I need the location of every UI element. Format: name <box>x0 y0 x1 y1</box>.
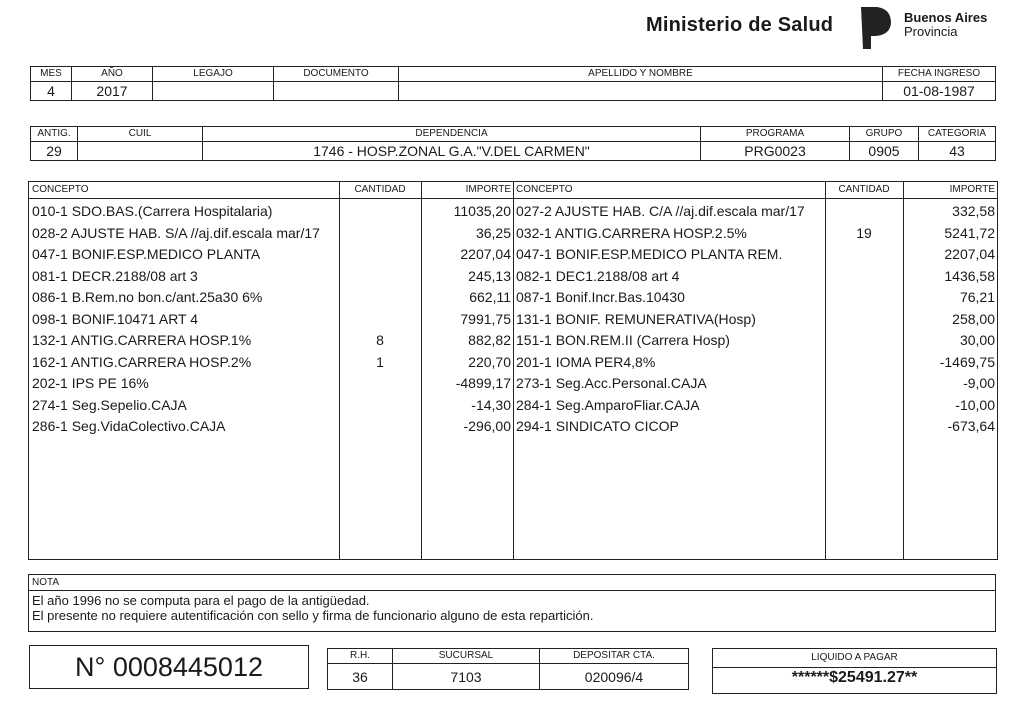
concept-amount: 258,00 <box>903 309 995 331</box>
net-pay-label: LIQUIDO A PAGAR <box>713 649 996 668</box>
header-importe-left: IMPORTE <box>421 184 511 195</box>
concept-name: 032-1 ANTIG.CARRERA HOSP.2.5% <box>516 223 747 245</box>
value-cuenta: 020096/4 <box>540 664 689 690</box>
concept-name: 086-1 B.Rem.no bon.c/ant.25a30 6% <box>32 287 262 309</box>
label-anio: AÑO <box>72 67 153 82</box>
concept-amount: -673,64 <box>903 416 995 438</box>
concept-name: 087-1 Bonif.Incr.Bas.10430 <box>516 287 685 309</box>
concept-row: 201-1 IOMA PER4,8%-1469,75 <box>513 352 997 374</box>
nota-box: NOTA El año 1996 no se computa para el p… <box>28 574 996 632</box>
concept-name: 273-1 Seg.Acc.Personal.CAJA <box>516 373 707 395</box>
concept-row: 098-1 BONIF.10471 ART 47991,75 <box>29 309 513 331</box>
concept-name: 047-1 BONIF.ESP.MEDICO PLANTA REM. <box>516 244 782 266</box>
concept-amount: -9,00 <box>903 373 995 395</box>
concept-name: 098-1 BONIF.10471 ART 4 <box>32 309 198 331</box>
concept-amount: 662,11 <box>421 287 511 309</box>
province-subtitle: Provincia <box>904 25 957 39</box>
concept-quantity: 1 <box>339 352 421 374</box>
value-legajo <box>153 82 274 101</box>
concept-row: 047-1 BONIF.ESP.MEDICO PLANTA REM.2207,0… <box>513 244 997 266</box>
concept-name: 162-1 ANTIG.CARRERA HOSP.2% <box>32 352 251 374</box>
value-programa: PRG0023 <box>701 142 850 161</box>
concept-amount: 1436,58 <box>903 266 995 288</box>
concept-row: 132-1 ANTIG.CARRERA HOSP.1%8882,82 <box>29 330 513 352</box>
concept-row: 131-1 BONIF. REMUNERATIVA(Hosp)258,00 <box>513 309 997 331</box>
concept-row: 010-1 SDO.BAS.(Carrera Hospitalaria)1103… <box>29 201 513 223</box>
concept-amount: -296,00 <box>421 416 511 438</box>
concept-name: 131-1 BONIF. REMUNERATIVA(Hosp) <box>516 309 756 331</box>
receipt-number: N° 0008445012 <box>29 645 309 689</box>
value-rh: 36 <box>328 664 393 690</box>
concept-amount: 36,25 <box>421 223 511 245</box>
concept-name: 274-1 Seg.Sepelio.CAJA <box>32 395 187 417</box>
value-anio: 2017 <box>72 82 153 101</box>
header-cantidad-right: CANTIDAD <box>825 184 903 195</box>
concept-row: 032-1 ANTIG.CARRERA HOSP.2.5%195241,72 <box>513 223 997 245</box>
concept-name: 286-1 Seg.VidaColectivo.CAJA <box>32 416 226 438</box>
concept-row: 274-1 Seg.Sepelio.CAJA-14,30 <box>29 395 513 417</box>
employment-info-table: ANTIG. CUIL DEPENDENCIA PROGRAMA GRUPO C… <box>30 126 996 161</box>
concept-name: 294-1 SINDICATO CICOP <box>516 416 679 438</box>
concept-amount: 2207,04 <box>903 244 995 266</box>
province-name: Buenos Aires <box>904 11 987 25</box>
label-legajo: LEGAJO <box>153 67 274 82</box>
value-sucursal: 7103 <box>393 664 540 690</box>
bank-info-table: R.H. SUCURSAL DEPOSITAR CTA. 36 7103 020… <box>327 648 689 690</box>
label-cuil: CUIL <box>78 127 203 142</box>
nota-label: NOTA <box>32 577 59 588</box>
header-cantidad-left: CANTIDAD <box>339 184 421 195</box>
concept-amount: 2207,04 <box>421 244 511 266</box>
concept-row: 047-1 BONIF.ESP.MEDICO PLANTA2207,04 <box>29 244 513 266</box>
concept-amount: 30,00 <box>903 330 995 352</box>
value-grupo: 0905 <box>850 142 919 161</box>
nota-line-1: El año 1996 no se computa para el pago d… <box>32 593 370 608</box>
concept-amount: 11035,20 <box>421 201 511 223</box>
concept-amount: 882,82 <box>421 330 511 352</box>
concept-row: 202-1 IPS PE 16%-4899,17 <box>29 373 513 395</box>
concept-amount: 7991,75 <box>421 309 511 331</box>
concept-name: 082-1 DEC1.2188/08 art 4 <box>516 266 679 288</box>
concept-amount: 5241,72 <box>903 223 995 245</box>
value-mes: 4 <box>31 82 72 101</box>
concept-name: 151-1 BON.REM.II (Carrera Hosp) <box>516 330 730 352</box>
concept-name: 010-1 SDO.BAS.(Carrera Hospitalaria) <box>32 201 272 223</box>
concept-quantity: 8 <box>339 330 421 352</box>
concept-quantity: 19 <box>825 223 903 245</box>
label-documento: DOCUMENTO <box>274 67 399 82</box>
label-rh: R.H. <box>328 649 393 664</box>
concept-name: 284-1 Seg.AmparoFliar.CAJA <box>516 395 700 417</box>
value-dependencia: 1746 - HOSP.ZONAL G.A."V.DEL CARMEN" <box>203 142 701 161</box>
label-grupo: GRUPO <box>850 127 919 142</box>
concept-row: 151-1 BON.REM.II (Carrera Hosp)30,00 <box>513 330 997 352</box>
concept-name: 028-2 AJUSTE HAB. S/A //aj.dif.escala ma… <box>32 223 320 245</box>
label-antig: ANTIG. <box>31 127 78 142</box>
value-antig: 29 <box>31 142 78 161</box>
value-fecha: 01-08-1987 <box>883 82 996 101</box>
concept-amount: -14,30 <box>421 395 511 417</box>
concept-name: 081-1 DECR.2188/08 art 3 <box>32 266 198 288</box>
label-mes: MES <box>31 67 72 82</box>
label-fecha: FECHA INGRESO <box>883 67 996 82</box>
concept-row: 087-1 Bonif.Incr.Bas.1043076,21 <box>513 287 997 309</box>
concept-row: 294-1 SINDICATO CICOP-673,64 <box>513 416 997 438</box>
concept-amount: -1469,75 <box>903 352 995 374</box>
value-cuil <box>78 142 203 161</box>
concept-name: 202-1 IPS PE 16% <box>32 373 149 395</box>
concept-row: 273-1 Seg.Acc.Personal.CAJA-9,00 <box>513 373 997 395</box>
concept-name: 201-1 IOMA PER4,8% <box>516 352 655 374</box>
value-categoria: 43 <box>919 142 996 161</box>
nota-line-2: El presente no requiere autentificación … <box>32 608 594 623</box>
concept-row: 028-2 AJUSTE HAB. S/A //aj.dif.escala ma… <box>29 223 513 245</box>
ministry-title: Ministerio de Salud <box>646 14 833 37</box>
concept-row: 082-1 DEC1.2188/08 art 41436,58 <box>513 266 997 288</box>
label-dependencia: DEPENDENCIA <box>203 127 701 142</box>
employee-info-table: MES AÑO LEGAJO DOCUMENTO APELLIDO Y NOMB… <box>30 66 996 101</box>
label-programa: PROGRAMA <box>701 127 850 142</box>
concept-row: 162-1 ANTIG.CARRERA HOSP.2%1220,70 <box>29 352 513 374</box>
label-nombre: APELLIDO Y NOMBRE <box>399 67 883 82</box>
concept-amount: 76,21 <box>903 287 995 309</box>
concept-amount: 220,70 <box>421 352 511 374</box>
concept-row: 284-1 Seg.AmparoFliar.CAJA-10,00 <box>513 395 997 417</box>
concept-name: 027-2 AJUSTE HAB. C/A //aj.dif.escala ma… <box>516 201 805 223</box>
label-cuenta: DEPOSITAR CTA. <box>540 649 689 664</box>
header-concepto-left: CONCEPTO <box>32 184 89 195</box>
value-documento <box>274 82 399 101</box>
header-concepto-right: CONCEPTO <box>516 184 573 195</box>
net-pay-value: ******$25491.27** <box>713 669 996 687</box>
concept-row: 081-1 DECR.2188/08 art 3245,13 <box>29 266 513 288</box>
concepts-right-list: 027-2 AJUSTE HAB. C/A //aj.dif.escala ma… <box>513 201 997 438</box>
province-logo-icon <box>857 3 893 51</box>
concept-name: 047-1 BONIF.ESP.MEDICO PLANTA <box>32 244 260 266</box>
concepts-table: CONCEPTO CANTIDAD IMPORTE CONCEPTO CANTI… <box>28 181 998 560</box>
concepts-left-list: 010-1 SDO.BAS.(Carrera Hospitalaria)1103… <box>29 201 513 438</box>
concept-row: 027-2 AJUSTE HAB. C/A //aj.dif.escala ma… <box>513 201 997 223</box>
label-sucursal: SUCURSAL <box>393 649 540 664</box>
header-importe-right: IMPORTE <box>903 184 995 195</box>
label-categoria: CATEGORIA <box>919 127 996 142</box>
concept-name: 132-1 ANTIG.CARRERA HOSP.1% <box>32 330 251 352</box>
concept-amount: 245,13 <box>421 266 511 288</box>
concept-amount: -4899,17 <box>421 373 511 395</box>
net-pay-box: LIQUIDO A PAGAR ******$25491.27** <box>712 648 997 694</box>
concept-row: 286-1 Seg.VidaColectivo.CAJA-296,00 <box>29 416 513 438</box>
value-nombre <box>399 82 883 101</box>
concept-amount: -10,00 <box>903 395 995 417</box>
concept-amount: 332,58 <box>903 201 995 223</box>
concept-row: 086-1 B.Rem.no bon.c/ant.25a30 6%662,11 <box>29 287 513 309</box>
